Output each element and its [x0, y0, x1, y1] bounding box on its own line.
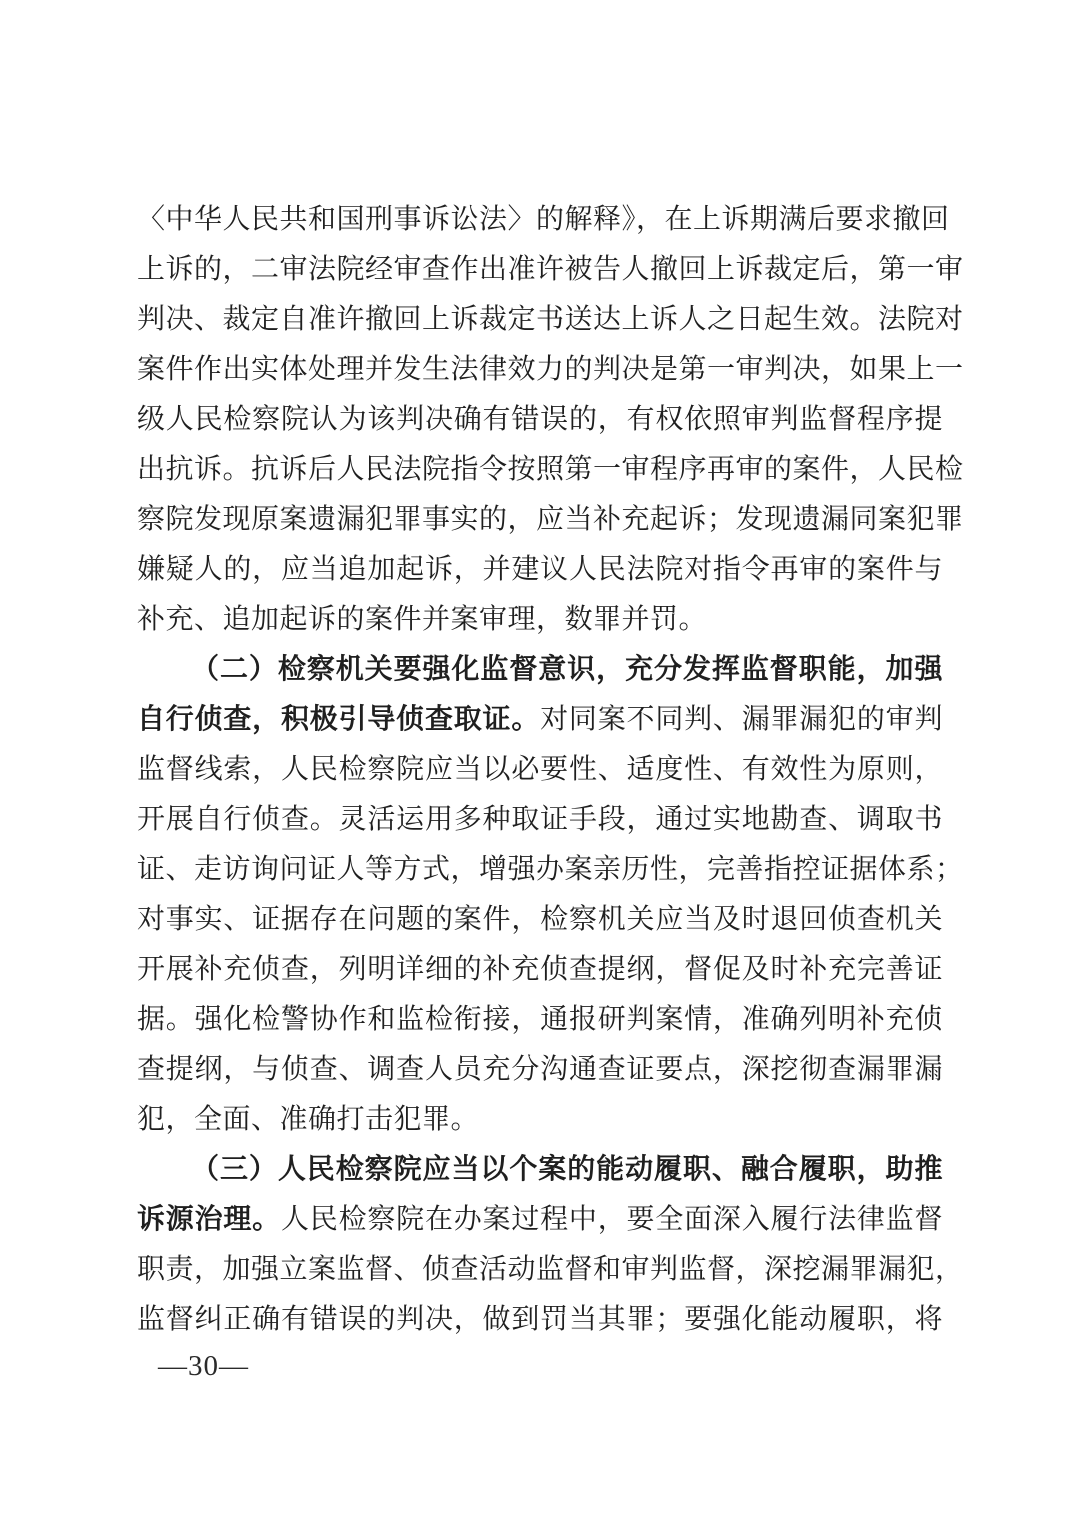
text-line: 证、走访询问证人等方式，增强办案亲历性，完善指控证据体系； [137, 845, 943, 895]
text-segment: 上诉的，二审法院经审查作出准许被告人撤回上诉裁定后，第一审 [137, 254, 964, 285]
text-line: 察院发现原案遗漏犯罪事实的，应当补充起诉；发现遗漏同案犯罪 [137, 495, 943, 545]
page-number: —30— [158, 1350, 249, 1383]
text-line: （三）人民检察院应当以个案的能动履职、融合履职，助推 [137, 1145, 943, 1195]
text-segment: 监督纠正确有错误的判决，做到罚当其罪；要强化能动履职，将 [137, 1304, 943, 1335]
text-segment: 判决、裁定自准许撤回上诉裁定书送达上诉人之日起生效。法院对 [137, 304, 964, 335]
text-line: 自行侦查，积极引导侦查取证。对同案不同判、漏罪漏犯的审判 [137, 695, 943, 745]
text-segment-bold: 诉源治理。 [137, 1204, 281, 1235]
text-line: 开展自行侦查。灵活运用多种取证手段，通过实地勘查、调取书 [137, 795, 943, 845]
text-line: 判决、裁定自准许撤回上诉裁定书送达上诉人之日起生效。法院对 [137, 295, 943, 345]
text-line: 监督纠正确有错误的判决，做到罚当其罪；要强化能动履职，将 [137, 1295, 943, 1345]
text-line: 犯，全面、准确打击犯罪。 [137, 1095, 943, 1145]
document-page: 〈中华人民共和国刑事诉讼法〉的解释》，在上诉期满后要求撤回上诉的，二审法院经审查… [0, 0, 1074, 1520]
text-segment: 开展补充侦查，列明详细的补充侦查提纲，督促及时补充完善证 [137, 954, 943, 985]
text-line: 出抗诉。抗诉后人民法院指令按照第一审程序再审的案件，人民检 [137, 445, 943, 495]
text-segment-bold: 自行侦查，积极引导侦查取证。 [137, 704, 540, 735]
text-line: 开展补充侦查，列明详细的补充侦查提纲，督促及时补充完善证 [137, 945, 943, 995]
text-line: 职责，加强立案监督、侦查活动监督和审判监督，深挖漏罪漏犯， [137, 1245, 943, 1295]
text-segment: 出抗诉。抗诉后人民法院指令按照第一审程序再审的案件，人民检 [137, 454, 964, 485]
text-line: 对事实、证据存在问题的案件，检察机关应当及时退回侦查机关 [137, 895, 943, 945]
text-segment: 开展自行侦查。灵活运用多种取证手段，通过实地勘查、调取书 [137, 804, 943, 835]
text-line: 嫌疑人的，应当追加起诉，并建议人民法院对指令再审的案件与 [137, 545, 943, 595]
text-segment: 嫌疑人的，应当追加起诉，并建议人民法院对指令再审的案件与 [137, 554, 943, 585]
text-line: 补充、追加起诉的案件并案审理，数罪并罚。 [137, 595, 943, 645]
text-segment-bold: （三）人民检察院应当以个案的能动履职、融合履职，助推 [191, 1154, 943, 1185]
text-line: 案件作出实体处理并发生法律效力的判决是第一审判决，如果上一 [137, 345, 943, 395]
text-line: 诉源治理。人民检察院在办案过程中，要全面深入履行法律监督 [137, 1195, 943, 1245]
text-line: 据。强化检警协作和监检衔接，通报研判案情，准确列明补充侦 [137, 995, 943, 1045]
text-segment: 级人民检察院认为该判决确有错误的，有权依照审判监督程序提 [137, 404, 943, 435]
text-segment: 据。强化检警协作和监检衔接，通报研判案情，准确列明补充侦 [137, 1004, 943, 1035]
text-segment: 证、走访询问证人等方式，增强办案亲历性，完善指控证据体系； [137, 854, 964, 885]
text-line: 查提纲，与侦查、调查人员充分沟通查证要点，深挖彻查漏罪漏 [137, 1045, 943, 1095]
text-segment: 案件作出实体处理并发生法律效力的判决是第一审判决，如果上一 [137, 354, 964, 385]
text-line: 〈中华人民共和国刑事诉讼法〉的解释》，在上诉期满后要求撤回 [137, 195, 943, 245]
text-segment: 查提纲，与侦查、调查人员充分沟通查证要点，深挖彻查漏罪漏 [137, 1054, 943, 1085]
text-segment: 补充、追加起诉的案件并案审理，数罪并罚。 [137, 604, 707, 635]
text-line: （二）检察机关要强化监督意识，充分发挥监督职能，加强 [137, 645, 943, 695]
document-body: 〈中华人民共和国刑事诉讼法〉的解释》，在上诉期满后要求撤回上诉的，二审法院经审查… [137, 195, 943, 1345]
text-segment: 职责，加强立案监督、侦查活动监督和审判监督，深挖漏罪漏犯， [137, 1254, 964, 1285]
text-segment-bold: （二）检察机关要强化监督意识，充分发挥监督职能，加强 [191, 654, 943, 685]
text-segment: 察院发现原案遗漏犯罪事实的，应当补充起诉；发现遗漏同案犯罪 [137, 504, 964, 535]
text-segment: 人民检察院在办案过程中，要全面深入履行法律监督 [281, 1204, 943, 1235]
text-segment: 对同案不同判、漏罪漏犯的审判 [540, 704, 943, 735]
text-segment: 〈中华人民共和国刑事诉讼法〉的解释》，在上诉期满后要求撤回 [137, 204, 950, 235]
text-line: 级人民检察院认为该判决确有错误的，有权依照审判监督程序提 [137, 395, 943, 445]
text-line: 监督线索，人民检察院应当以必要性、适度性、有效性为原则， [137, 745, 943, 795]
text-segment: 对事实、证据存在问题的案件，检察机关应当及时退回侦查机关 [137, 904, 943, 935]
text-line: 上诉的，二审法院经审查作出准许被告人撤回上诉裁定后，第一审 [137, 245, 943, 295]
text-segment: 监督线索，人民检察院应当以必要性、适度性、有效性为原则， [137, 754, 943, 785]
text-segment: 犯，全面、准确打击犯罪。 [137, 1104, 479, 1135]
